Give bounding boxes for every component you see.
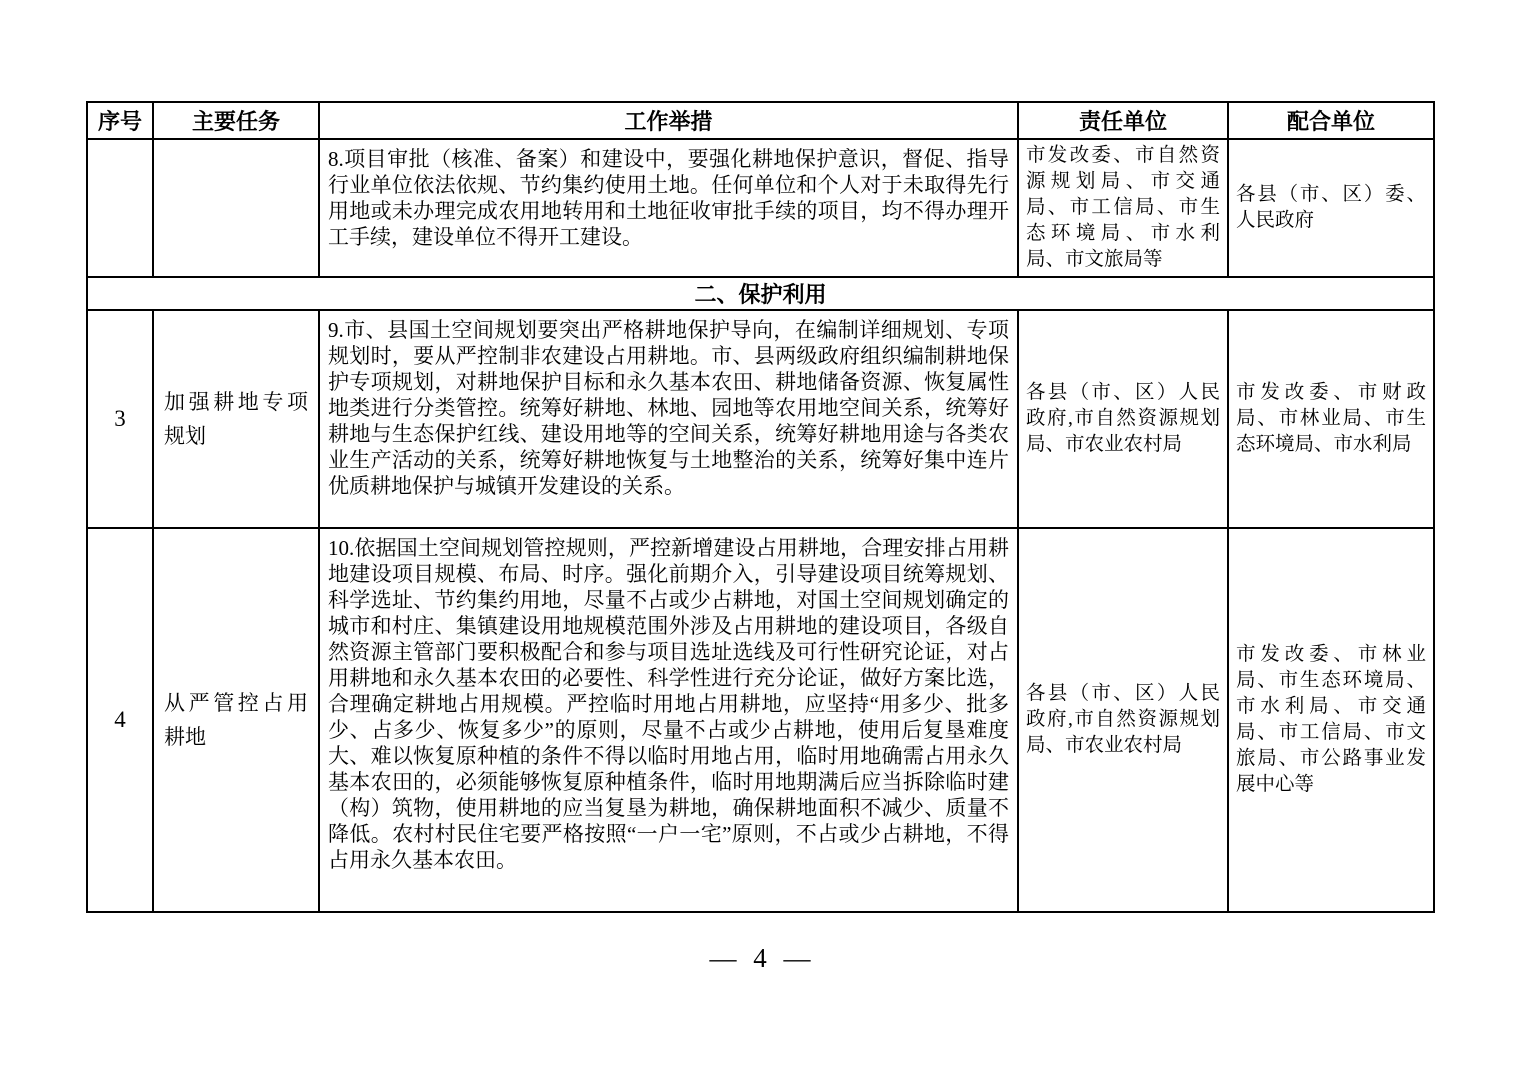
column-header-measure: 工作举措 <box>319 102 1018 139</box>
cooperating-cell: 市发改委、市林业局、市生态环境局、市水利局、市交通局、市工信局、市文旅局、市公路… <box>1228 528 1434 912</box>
table-header-row: 序号 主要任务 工作举措 责任单位 配合单位 <box>87 102 1434 139</box>
task-cell <box>153 139 319 277</box>
measure-cell: 8.项目审批（核准、备案）和建设中，要强化耕地保护意识，督促、指导行业单位依法依… <box>319 139 1018 277</box>
document-page: 序号 主要任务 工作举措 责任单位 配合单位 8.项目审批（核准、备案）和建设中… <box>0 0 1520 1074</box>
column-header-task: 主要任务 <box>153 102 319 139</box>
section-row: 二、保护利用 <box>87 277 1434 310</box>
cooperating-cell: 各县（市、区）委、人民政府 <box>1228 139 1434 277</box>
section-title: 二、保护利用 <box>87 277 1434 310</box>
work-measures-table: 序号 主要任务 工作举措 责任单位 配合单位 8.项目审批（核准、备案）和建设中… <box>86 101 1435 913</box>
table-row-item8: 8.项目审批（核准、备案）和建设中，要强化耕地保护意识，督促、指导行业单位依法依… <box>87 139 1434 277</box>
seq-cell <box>87 139 153 277</box>
table-row-item9: 3 加强耕地专项规划 9.市、县国土空间规划要突出严格耕地保护导向，在编制详细规… <box>87 310 1434 528</box>
column-header-cooperating: 配合单位 <box>1228 102 1434 139</box>
seq-cell: 3 <box>87 310 153 528</box>
seq-cell: 4 <box>87 528 153 912</box>
cooperating-cell: 市发改委、市财政局、市林业局、市生态环境局、市水利局 <box>1228 310 1434 528</box>
task-cell: 从严管控占用耕地 <box>153 528 319 912</box>
column-header-responsible: 责任单位 <box>1018 102 1228 139</box>
page-number: — 4 — <box>0 943 1520 974</box>
task-cell: 加强耕地专项规划 <box>153 310 319 528</box>
responsible-cell: 各县（市、区）人民政府,市自然资源规划局、市农业农村局 <box>1018 528 1228 912</box>
column-header-seq: 序号 <box>87 102 153 139</box>
responsible-cell: 各县（市、区）人民政府,市自然资源规划局、市农业农村局 <box>1018 310 1228 528</box>
responsible-cell: 市发改委、市自然资源规划局、市交通局、市工信局、市生态环境局、市水利局、市文旅局… <box>1018 139 1228 277</box>
measure-cell: 9.市、县国土空间规划要突出严格耕地保护导向，在编制详细规划、专项规划时，要从严… <box>319 310 1018 528</box>
table-row-item10: 4 从严管控占用耕地 10.依据国土空间规划管控规则，严控新增建设占用耕地，合理… <box>87 528 1434 912</box>
measure-cell: 10.依据国土空间规划管控规则，严控新增建设占用耕地，合理安排占用耕地建设项目规… <box>319 528 1018 912</box>
